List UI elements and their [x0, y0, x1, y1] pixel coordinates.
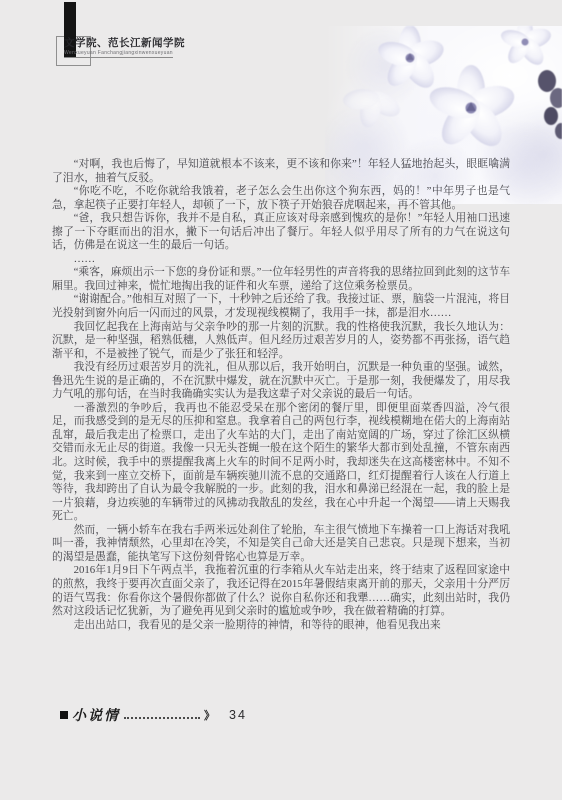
department-subtitle: Wenxueyuan Fanchangjiangxinwenxueyuan: [64, 50, 173, 58]
story-body: “对啊，我也后悔了，早知道就根本不该来，更不该和你来”！年轻人猛地抬起头，眼眶噙…: [52, 158, 510, 632]
story-paragraph: 2016年1月9日下午两点半，我拖着沉重的行李箱从火车站走出来，终于结束了返程回…: [52, 564, 510, 618]
department-title: 文学院、范长江新闻学院: [64, 37, 294, 50]
story-paragraph: ……: [52, 253, 510, 267]
magazine-page: 文学院、范长江新闻学院 Wenxueyuan Fanchangjiangxinw…: [0, 0, 562, 800]
story-paragraph: “你吃不吃，不吃你就给我饿着，老子怎么会生出你这个狗东西，妈的！”中年男子也是气…: [52, 185, 510, 212]
story-paragraph: “乘客，麻烦出示一下您的身份证和票。”一位年轻男性的声音将我的思绪拉回到此刻的这…: [52, 266, 510, 293]
dotted-leader: [124, 716, 200, 719]
footer-square-icon: [60, 711, 68, 719]
story-paragraph: 然而，一辆小轿车在我右手两米远处刹住了轮胎，车主很气愤地下车操着一口上海话对我吼…: [52, 524, 510, 565]
story-paragraph: 走出出站口，我看见的是父亲一脸期待的神情，和等待的眼神，他看见我出来: [52, 619, 510, 633]
story-paragraph: “爸，我只想告诉你，我并不是自私，真正应该对母亲感到愧疚的是你！”年轻人用袖口迅…: [52, 212, 510, 253]
story-paragraph: 我没有经历过艰苦岁月的洗礼，但从那以后，我开始明白，沉默是一种负重的坚强。诚然，…: [52, 361, 510, 402]
section-label: 小说情: [72, 705, 120, 725]
story-paragraph: 我回忆起我在上海南站与父亲争吵的那一片刻的沉默。我的性格使我沉默，我长久地认为：…: [52, 321, 510, 362]
page-number: 34: [229, 708, 247, 722]
chevron-right-icon: 》: [204, 707, 215, 723]
story-paragraph: “谢谢配合。”他相互对照了一下，十秒钟之后还给了我。我接过证、票，脑袋一片混沌，…: [52, 293, 510, 320]
story-paragraph: “对啊，我也后悔了，早知道就根本不该来，更不该和你来”！年轻人猛地抬起头，眼眶噙…: [52, 158, 510, 185]
story-paragraph: 一番激烈的争吵后，我再也不能忍受呆在那个密闭的餐厅里，即便里面菜香四溢，冷气很足…: [52, 402, 510, 524]
department-header: 文学院、范长江新闻学院 Wenxueyuan Fanchangjiangxinw…: [64, 37, 294, 58]
page-footer: 小说情 》 34: [60, 704, 360, 726]
